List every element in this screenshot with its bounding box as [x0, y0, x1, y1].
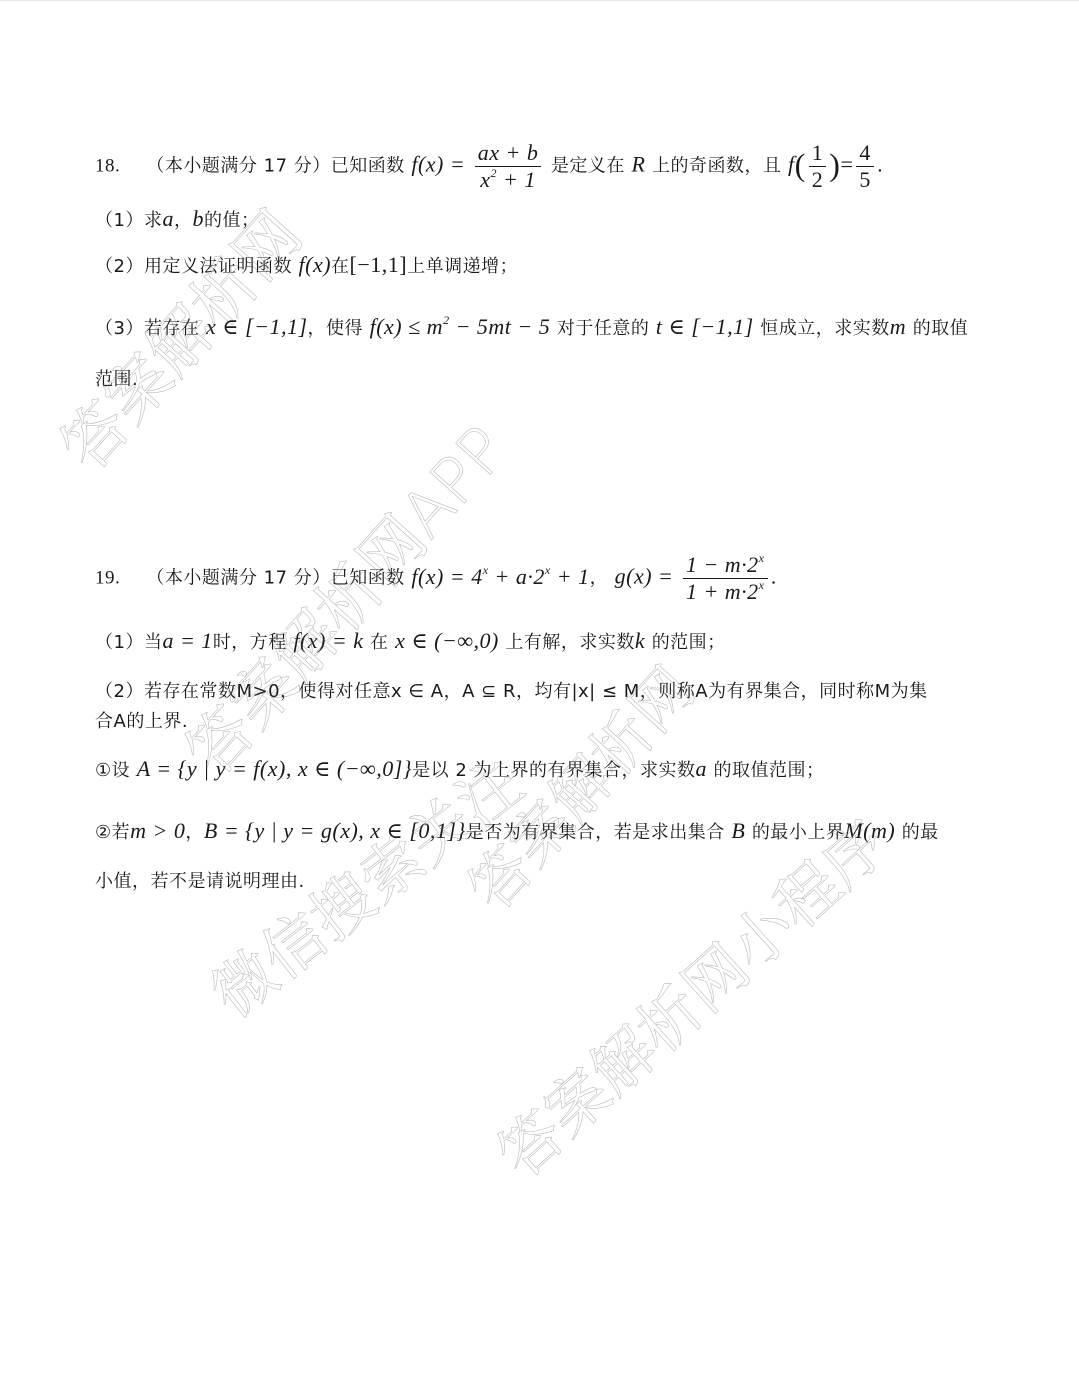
part-label: （2）: [95, 256, 144, 277]
q19-intro: 已知函数: [331, 568, 405, 589]
part-text: 上单调递增；: [407, 256, 518, 277]
part-text: 求: [144, 210, 163, 231]
val-num: 4: [856, 140, 874, 167]
set-B-expr: B = {y | y = g(x), x ∈ [0,1]}: [204, 818, 466, 843]
q18-part1: （1）求a，b的值；: [95, 206, 259, 234]
sep: ，: [185, 822, 204, 843]
var-m: m: [890, 314, 906, 339]
part-text: 在: [331, 256, 350, 277]
den-base: x: [480, 167, 490, 192]
half-den: 2: [809, 167, 827, 193]
part-text: 的最小上界: [752, 822, 845, 843]
expr-fx: f(x): [299, 252, 332, 277]
q19-sub2: ②若m > 0，B = {y | y = g(x), x ∈ [0,1]}是否为…: [95, 818, 939, 846]
q19-g-fraction: 1 − m·2x 1 + m·2x: [683, 552, 768, 605]
part-label: （2）: [95, 681, 144, 702]
exam-page: 18. （本小题满分 17 分）已知函数 f(x) = ax + b x2 + …: [0, 0, 1079, 1397]
equals: =: [840, 152, 853, 177]
part-text: ，使得: [308, 318, 364, 339]
q19-part2-line1: （2）若存在常数M>0，使得对任意x ∈ A，A ⊆ R，均有|x| ≤ M，则…: [95, 678, 928, 705]
set-A-expr: A = {y | y = f(x), x ∈ (−∞,0]}: [137, 756, 412, 781]
q18-func-lhs: f(x) =: [411, 152, 465, 177]
var-k: k: [635, 628, 645, 653]
q19-sub1: ①设 A = {y | y = f(x), x ∈ (−∞,0]}是以 2 为上…: [95, 756, 825, 784]
part-text: 是否为有界集合，若是求出集合: [466, 822, 725, 843]
val-den: 5: [856, 167, 874, 193]
circled-1: ①: [95, 760, 112, 781]
f-c: + 1: [551, 564, 590, 589]
g-den-a: 1 + m·2: [686, 579, 759, 604]
q18-intro: 已知函数: [331, 156, 405, 177]
part-text: 若存在常数M>0，使得对任意x ∈ A，A ⊆ R，均有|x| ≤ M，则称A为…: [144, 681, 928, 702]
expr-inequality: f(x) ≤ m2 − 5mt − 5: [370, 314, 551, 339]
comma: ，: [590, 568, 609, 589]
part-text: 设: [112, 760, 131, 781]
expr-m-gt-0: m > 0: [130, 818, 185, 843]
g-num-exp: x: [759, 551, 765, 565]
q18-defined-text: 是定义在: [551, 156, 625, 177]
q18-stem: 18. （本小题满分 17 分）已知函数 f(x) = ax + b x2 + …: [95, 140, 883, 193]
den-rest: + 1: [497, 167, 536, 192]
part-text: 对于任意的: [557, 318, 650, 339]
q19-part1: （1）当a = 1时，方程 f(x) = k 在 x ∈ (−∞,0) 上有解，…: [95, 628, 726, 656]
q18-f-half: f: [788, 152, 795, 177]
expr-Mm: M(m): [844, 818, 895, 843]
q18-number: 18.: [95, 156, 120, 177]
part-label: （3）: [95, 318, 144, 339]
circled-2: ②: [95, 822, 112, 843]
ineq-b: − 5mt − 5: [450, 314, 551, 339]
g-den-exp: x: [759, 578, 765, 592]
q19-g-lhs: g(x) =: [615, 564, 674, 589]
var-a: a: [162, 206, 174, 231]
part-text: 用定义法证明函数: [144, 256, 292, 277]
part-text: 的取值范围；: [714, 760, 825, 781]
expr-fx-eq-k: f(x) = k: [293, 628, 363, 653]
part-text: 的取值: [913, 318, 969, 339]
q19-number: 19.: [95, 568, 120, 589]
q18-part3: （3）若存在 x ∈ [−1,1]，使得 f(x) ≤ m2 − 5mt − 5…: [95, 314, 968, 342]
q18-odd-text: 上的奇函数，且: [652, 156, 782, 177]
expr-t-in: t ∈ [−1,1]: [656, 314, 754, 339]
f-b: + a·2: [489, 564, 545, 589]
q19-sub2-cont: 小值，若不是请说明理由.: [95, 868, 305, 895]
part-text: 当: [144, 632, 163, 653]
var-B: B: [731, 818, 745, 843]
period: .: [771, 567, 778, 589]
part-text: 范围.: [95, 369, 138, 390]
part-label: （1）: [95, 210, 144, 231]
f-a: f(x) = 4: [411, 564, 482, 589]
part-text: 恒成立，求实数: [760, 318, 890, 339]
part-text: 时，方程: [213, 632, 287, 653]
part-text: 合A的上界.: [95, 711, 188, 732]
watermark: 答案解析网小程序: [475, 796, 903, 1194]
q18-func-numerator: ax + b: [475, 140, 542, 167]
q18-R: R: [631, 152, 645, 177]
q18-part2: （2）用定义法证明函数 f(x)在[−1,1]上单调递增；: [95, 252, 518, 280]
var-b: b: [192, 206, 204, 231]
g-num-a: 1 − m·2: [686, 552, 759, 577]
part-text: 若: [112, 822, 131, 843]
part-text: 的值；: [204, 210, 260, 231]
q18-part3-cont: 范围.: [95, 366, 138, 393]
q18-func-fraction: ax + b x2 + 1: [475, 140, 542, 193]
part-text: 在: [370, 632, 389, 653]
q19-points: （本小题满分 17 分）: [146, 568, 330, 589]
q18-half-fraction: 12: [809, 140, 827, 193]
part-text: 上有解，求实数: [505, 632, 635, 653]
ineq-a: f(x) ≤ m: [370, 314, 444, 339]
var-a: a: [696, 756, 708, 781]
part-text: 小值，若不是请说明理由.: [95, 871, 305, 892]
part-text: 的最: [902, 822, 939, 843]
expr-a-eq-1: a = 1: [162, 628, 212, 653]
half-num: 1: [809, 140, 827, 167]
q18-func-denominator: x2 + 1: [477, 167, 539, 193]
expr-x-in: x ∈ [−1,1]: [206, 314, 308, 339]
part-label: （1）: [95, 632, 144, 653]
interval: [−1,1]: [350, 252, 408, 277]
q19-f-expr: f(x) = 4x + a·2x + 1: [411, 564, 589, 589]
period: .: [877, 155, 884, 177]
g-denominator: 1 + m·2x: [683, 579, 768, 605]
q18-value-fraction: 45: [856, 140, 874, 193]
q19-part2-line2: 合A的上界.: [95, 708, 188, 735]
part-text: 若存在: [144, 318, 200, 339]
sep: ，: [174, 210, 193, 231]
part-text: 的范围；: [652, 632, 726, 653]
expr-x-interval: x ∈ (−∞,0): [395, 628, 499, 653]
g-numerator: 1 − m·2x: [683, 552, 768, 579]
part-text: 是以 2 为上界的有界集合，求实数: [412, 760, 695, 781]
q19-stem: 19. （本小题满分 17 分）已知函数 f(x) = 4x + a·2x + …: [95, 552, 777, 605]
q18-points: （本小题满分 17 分）: [146, 156, 330, 177]
